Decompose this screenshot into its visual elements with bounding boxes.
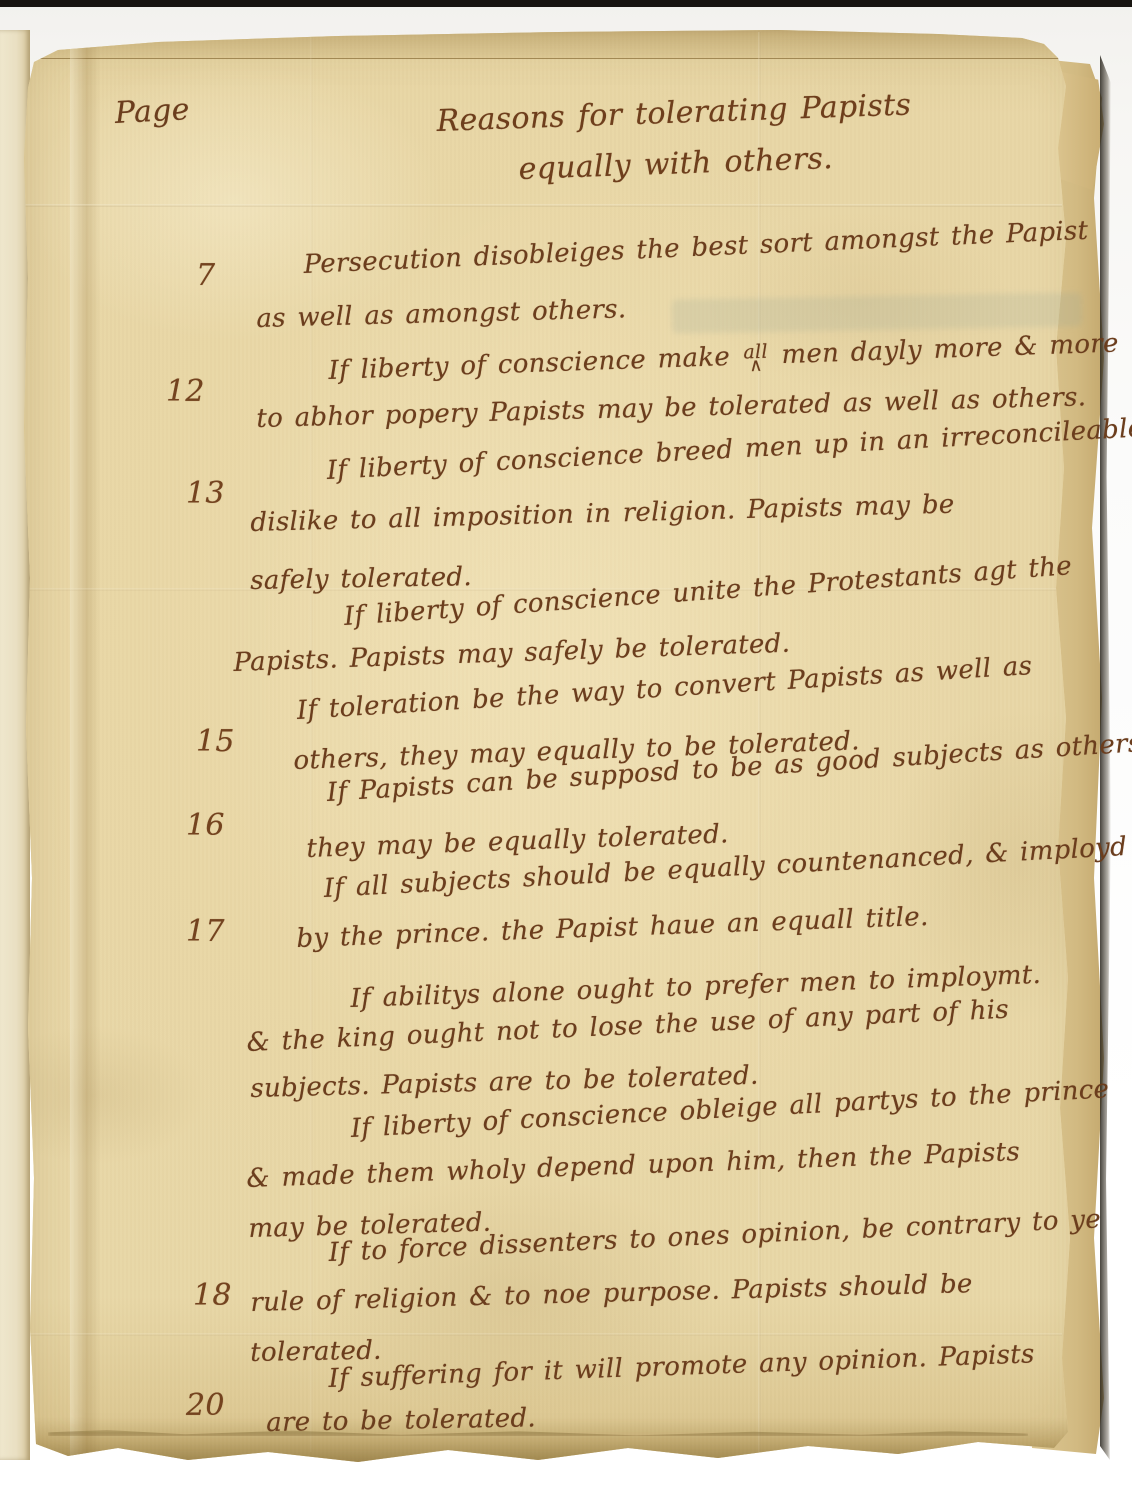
entry-number: 16 [186,808,225,844]
horizontal-crease [22,1333,1062,1336]
entry-number: 20 [186,1388,225,1424]
scanner-top-strip [0,0,1132,7]
under-page-edge [0,30,30,1460]
entry-number: 12 [166,374,205,410]
bottom-stain-line [48,1430,1028,1436]
caret-insertion-mark: all∧ [744,367,769,388]
horizontal-crease [22,204,1062,207]
entry-number: 13 [186,476,225,512]
entry-line: safely tolerated. [250,562,472,597]
entry-number: 17 [186,914,225,950]
entry-number: 7 [196,258,215,294]
entry-number: 15 [196,724,235,760]
page-label: Page [114,92,191,132]
entry-line: are to be tolerated. [266,1403,536,1439]
left-binding-crease [70,28,100,1470]
entry-number: 18 [193,1278,232,1314]
manuscript-scan: Page Reasons for tolerating Papists equa… [0,0,1132,1500]
